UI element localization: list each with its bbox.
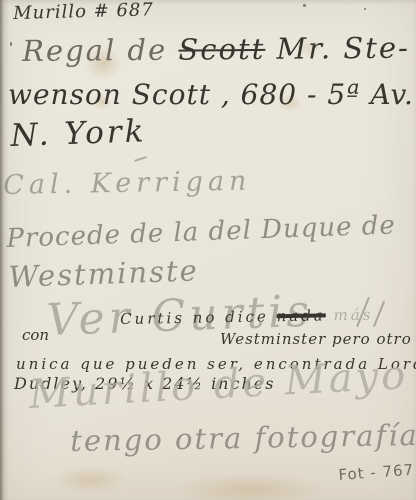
curtis-note-prefix: Curtis (120, 309, 193, 328)
inscription-con: con (22, 328, 49, 344)
paper-speck (10, 42, 12, 46)
gift-suffix: Mr. Ste- (265, 31, 410, 66)
inscription-catalog-number: Murillo # 687 (13, 1, 154, 24)
inscription-westminster-note: Westminster pero otro (220, 332, 412, 348)
curtis-note-struck: nada (276, 306, 325, 325)
paper-stain (52, 466, 128, 494)
inscription-city: N. York (10, 115, 147, 152)
curtis-note-tail: más (326, 306, 374, 325)
inscription-fot-number: Fot - 767 (338, 463, 415, 484)
paper-stain (175, 474, 325, 500)
pencil-slash-mark (373, 301, 385, 328)
gift-prefix: Regal de (22, 33, 179, 68)
inscription-provenance-line1: Procede de la del Duque de (6, 212, 396, 253)
inscription-provenance-line2: Westminste (8, 255, 199, 292)
inscription-curtis-note: Curtis no dice nada más (120, 308, 374, 328)
inscription-fotografia: tengo otra fotografía (70, 420, 416, 457)
gift-struck-word: Scott (178, 32, 265, 67)
inscription-kerrigan: Cal. Kerrigan (3, 168, 252, 201)
photo-verso-card: Murillo # 687 Regal de Scott Mr. Ste- we… (0, 0, 416, 500)
pencil-accent-mark (134, 156, 147, 162)
curtis-note-mid: no dice (193, 307, 277, 326)
paper-speck (364, 8, 366, 10)
paper-speck (303, 4, 306, 7)
inscription-gift-line: Regal de Scott Mr. Ste- (22, 33, 410, 67)
inscription-address: wenson Scott , 680 - 5ª Av. (8, 80, 414, 109)
